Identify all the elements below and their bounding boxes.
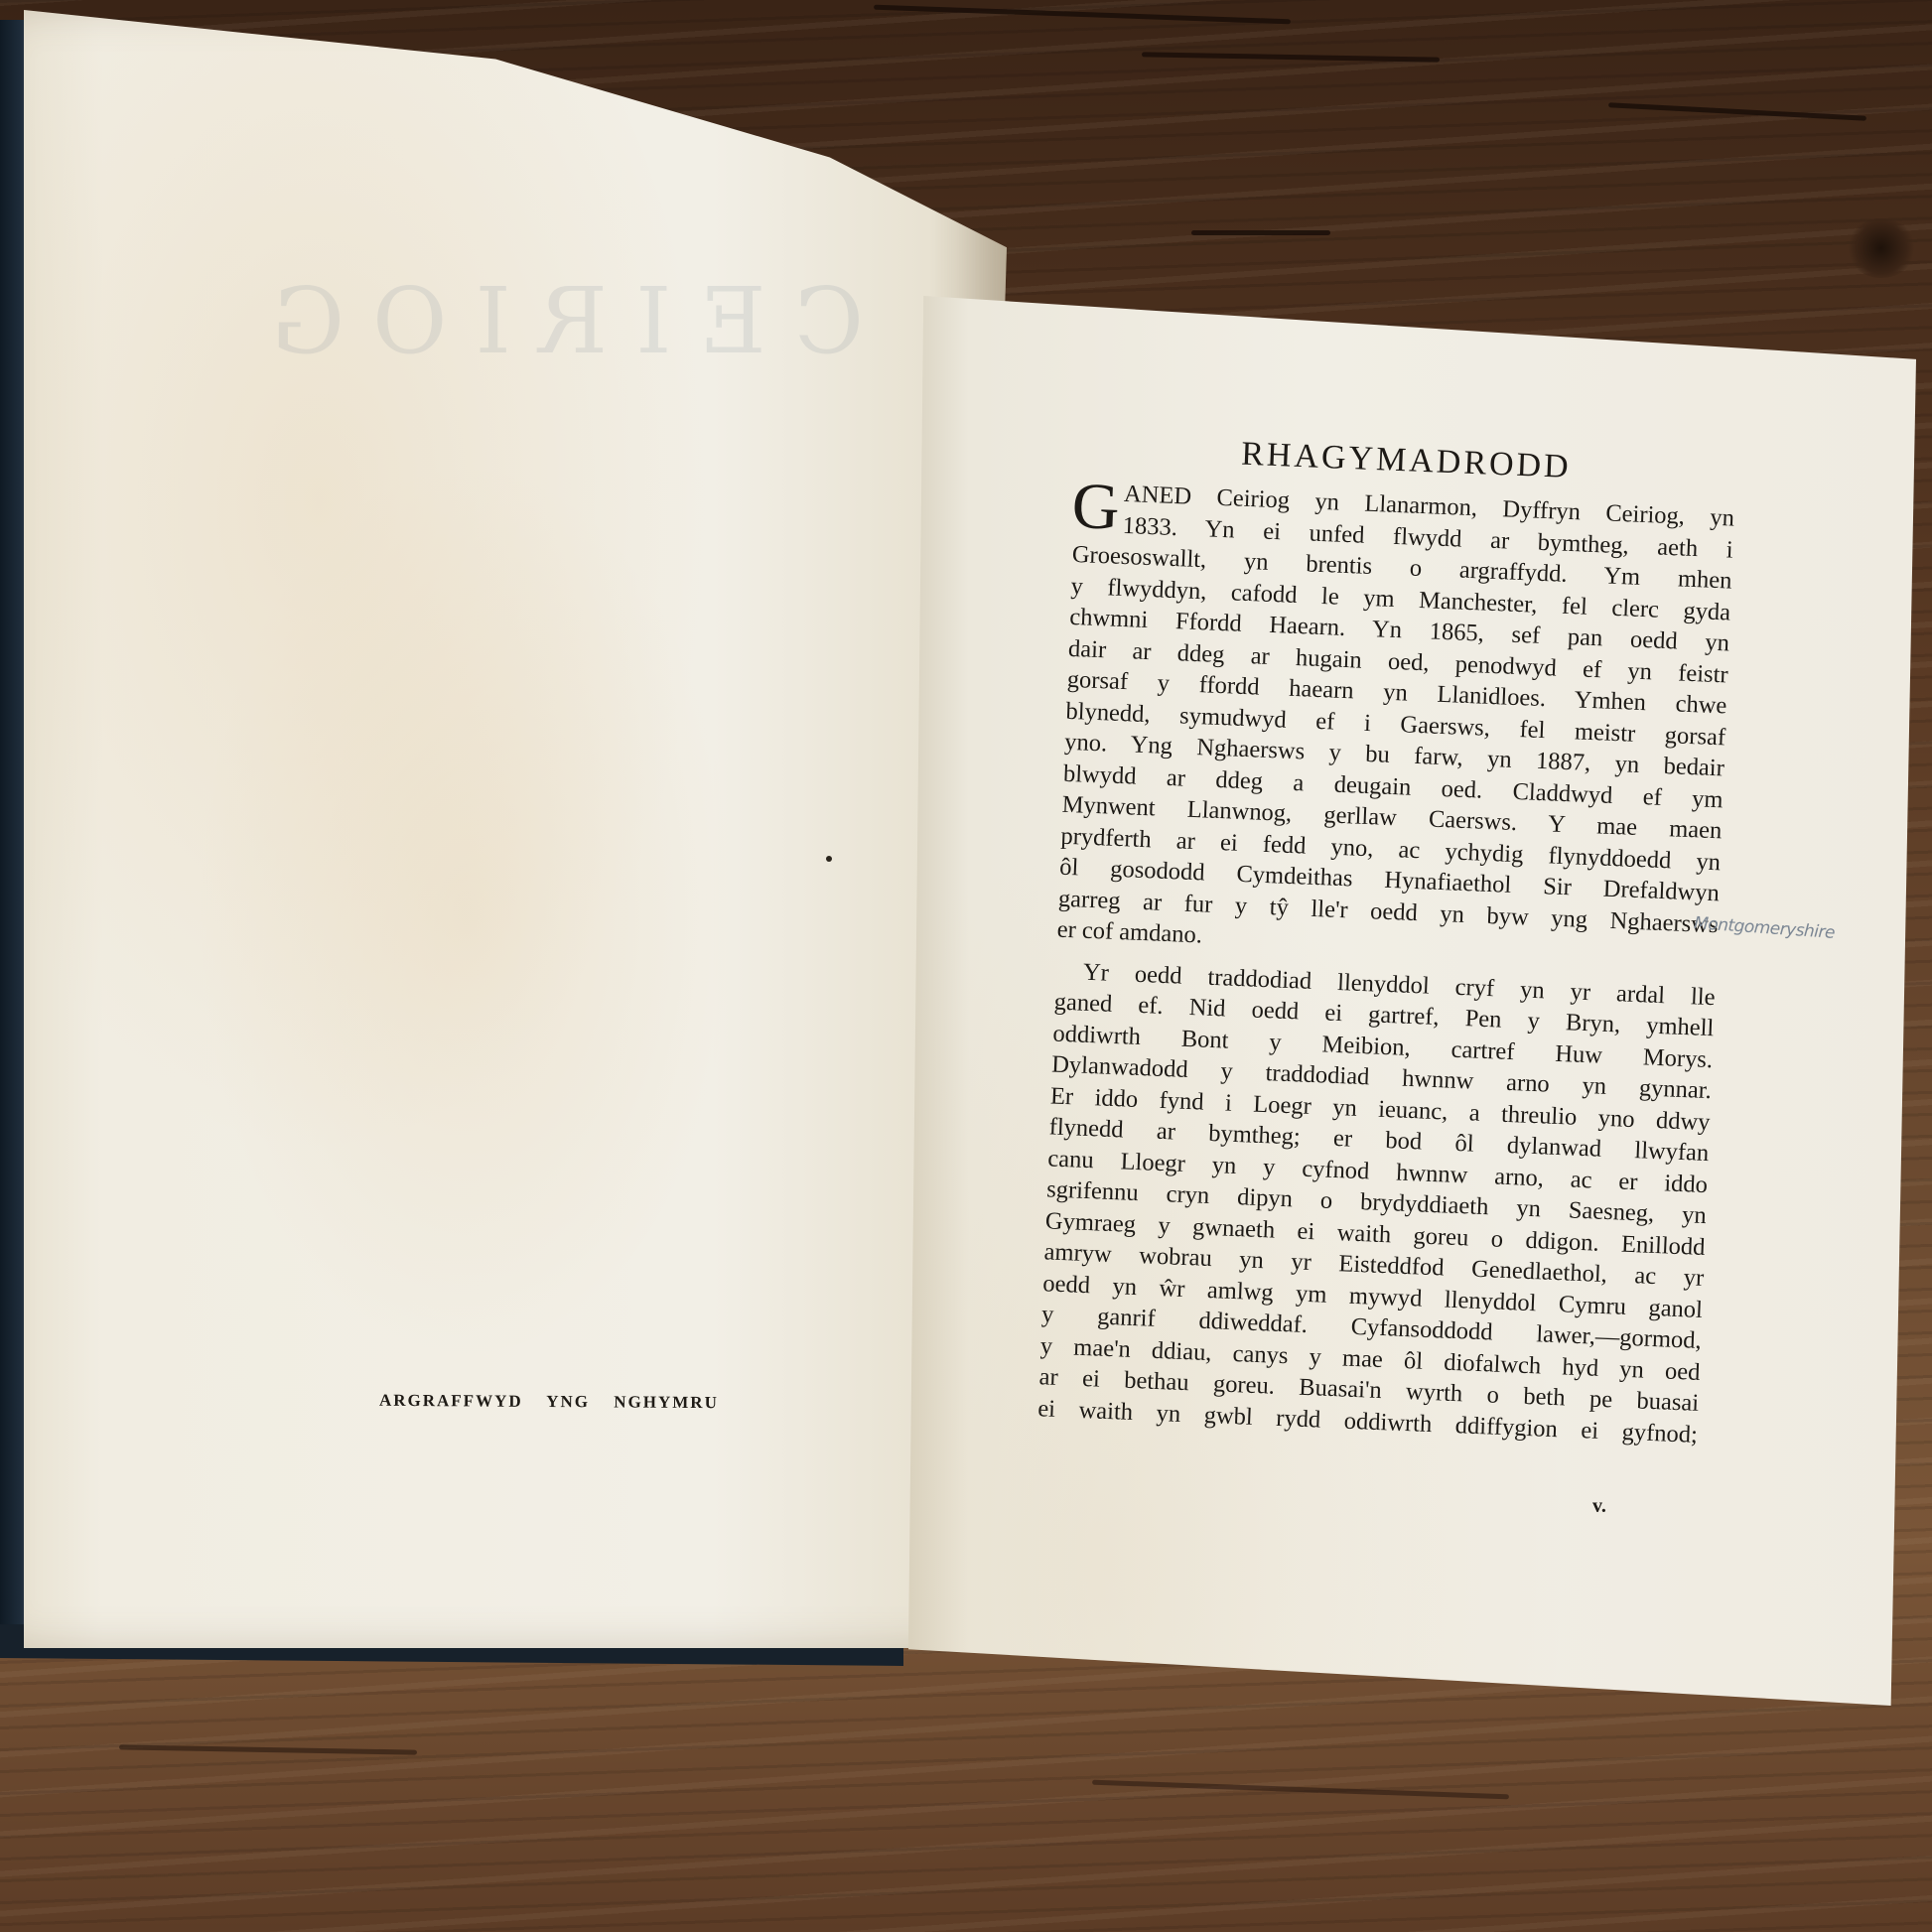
page-number: v. (1592, 1495, 1606, 1518)
paragraph-2: Yr oedd traddodiad llenyddol cryf yn yr … (1037, 955, 1716, 1450)
introduction-text: RHAGYMADRODD G ANED Ceiriog yn Llanarmon… (1037, 429, 1737, 1450)
ink-speck (826, 856, 832, 862)
wood-crack (874, 5, 1291, 25)
wood-crack (1191, 230, 1330, 235)
wood-crack (1142, 52, 1440, 62)
wood-crack (1092, 1780, 1509, 1800)
paragraph-1: G ANED Ceiriog yn Llanarmon, Dyffryn Cei… (1056, 477, 1734, 972)
wood-crack (1608, 102, 1866, 121)
wood-knot (1847, 218, 1916, 278)
wood-crack (119, 1744, 417, 1754)
drop-cap: G (1071, 479, 1121, 536)
printed-in-wales-imprint: ARGRAFFWYD YNG NGHYMRU (379, 1391, 719, 1413)
show-through-title: CEIRIOG (367, 268, 864, 374)
